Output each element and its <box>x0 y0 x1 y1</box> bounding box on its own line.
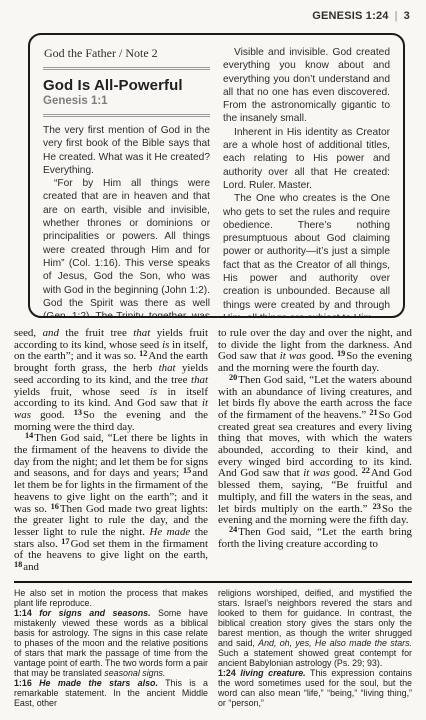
scripture-right-column: to rule over the day and over the night,… <box>218 328 412 574</box>
paragraph: Visible and invisible. God created every… <box>223 46 390 126</box>
paragraph: “For by Him all things were created that… <box>43 177 210 318</box>
paragraph: 14Then God said, “Let there be lights in… <box>14 433 208 573</box>
paragraph: Inherent in His identity as Creator are … <box>223 126 390 192</box>
paragraph: seed, and the fruit tree that yields fru… <box>14 328 208 433</box>
paragraph: 20Then God said, “Let the waters abound … <box>218 375 412 527</box>
paragraph: The very first mention of God in the ver… <box>43 124 210 177</box>
paragraph: 1:16 He made the stars also. This is a r… <box>14 678 208 708</box>
paragraph: He also set in motion the process that m… <box>14 588 208 608</box>
footnotes-right-column: religions worshiped, deified, and mystif… <box>218 588 412 708</box>
footnotes: He also set in motion the process that m… <box>14 588 412 708</box>
double-rule <box>43 67 210 70</box>
note-box-right-column: Visible and invisible. God created every… <box>223 45 390 306</box>
paragraph: religions worshiped, deified, and mystif… <box>218 588 412 668</box>
footnote-divider-rule <box>14 581 412 583</box>
paragraph: The One who creates is the One who gets … <box>223 192 390 318</box>
note-body-left: The very first mention of God in the ver… <box>43 124 210 318</box>
running-head: GENESIS 1:24|3 <box>0 0 426 22</box>
note-category: God the Father / Note 2 <box>43 45 210 67</box>
scripture-text: seed, and the fruit tree that yields fru… <box>14 328 412 574</box>
note-box-left-column: God the Father / Note 2 God Is All-Power… <box>43 45 210 306</box>
page-number: 3 <box>404 10 410 22</box>
paragraph: 1:14 for signs and seasons. Some have mi… <box>14 608 208 678</box>
paragraph: 1:24 living creature. This expression co… <box>218 668 412 708</box>
footnotes-left-column: He also set in motion the process that m… <box>14 588 208 708</box>
scripture-left-column: seed, and the fruit tree that yields fru… <box>14 328 208 574</box>
note-body-right: Visible and invisible. God created every… <box>223 46 390 318</box>
bible-page: GENESIS 1:24|3 God the Father / Note 2 G… <box>0 0 426 720</box>
study-note-box: God the Father / Note 2 God Is All-Power… <box>28 33 405 318</box>
note-title: God Is All-Powerful <box>43 77 210 94</box>
note-verse-reference: Genesis 1:1 <box>43 95 210 107</box>
paragraph: to rule over the day and over the night,… <box>218 328 412 375</box>
running-head-divider: | <box>389 10 404 22</box>
double-rule <box>43 114 210 117</box>
running-head-reference: GENESIS 1:24 <box>312 10 388 22</box>
paragraph: 24Then God said, “Let the earth bring fo… <box>218 527 412 550</box>
